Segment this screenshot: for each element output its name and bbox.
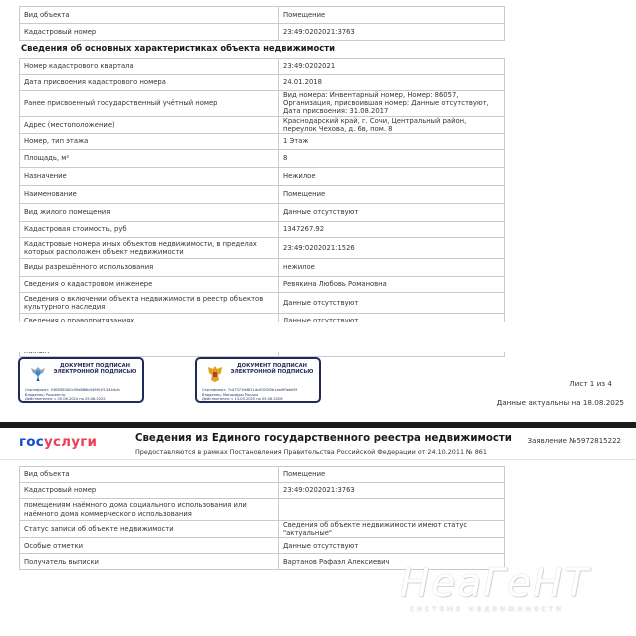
table-row: Особые отметкиДанные отсутствуют: [20, 538, 505, 554]
row-label: Наименование: [20, 186, 279, 204]
row-value: Помещение: [279, 7, 505, 24]
row-value: Сведения об объекте недвижимости имеют с…: [279, 521, 505, 538]
row-label: Получатель выписки: [20, 554, 279, 570]
row-value: Данные отсутствуют: [279, 538, 505, 554]
row-label: Номер кадастрового квартала: [20, 59, 279, 75]
table-row: помещениям наёмного дома социального исп…: [20, 499, 505, 521]
table-row: Кадастровые номера иных объектов недвижи…: [20, 238, 505, 259]
document-title: Сведения из Единого государственного рее…: [135, 433, 512, 444]
row-value: Ревякина Любовь Романовна: [279, 277, 505, 293]
table-row: Кадастровая стоимость, руб1347267.92: [20, 222, 505, 238]
signature-title: ДОКУМЕНТ ПОДПИСАН ЭЛЕКТРОННОЙ ПОДПИСЬЮ: [229, 363, 315, 375]
row-label: Вид жилого помещения: [20, 204, 279, 222]
page-separator: [0, 422, 636, 428]
characteristics-table: Номер кадастрового квартала23:49:0202021…: [19, 58, 505, 357]
row-label: Назначение: [20, 168, 279, 186]
signature-details: Сертификат: 7c47371fe8f11dc8320f0b1aa9f0…: [202, 388, 316, 402]
row-value: нежилое: [279, 259, 505, 277]
statement-number: Заявление №5972815222: [528, 437, 621, 445]
row-value: [279, 499, 505, 521]
row-value: 23:49:0202021: [279, 59, 505, 75]
row-value: 23:49:0202021:1526: [279, 238, 505, 259]
row-value: 23:49:0202021:3763: [279, 483, 505, 499]
row-label: Сведения о включении объекта недвижимост…: [20, 293, 279, 314]
table-row: Кадастровый номер23:49:0202021:3763: [20, 483, 505, 499]
table-row: Вид объектаПомещение: [20, 467, 505, 483]
section-title: Сведения об основных характеристиках объ…: [21, 43, 335, 53]
object-status-table: Вид объектаПомещение Кадастровый номер23…: [19, 466, 505, 570]
row-label: Особые отметки: [20, 538, 279, 554]
row-label: Адрес (местоположение): [20, 116, 279, 133]
row-label: Кадастровые номера иных объектов недвижи…: [20, 238, 279, 259]
row-label: Кадастровая стоимость, руб: [20, 222, 279, 238]
table-row: Номер кадастрового квартала23:49:0202021: [20, 59, 505, 75]
header-divider: [0, 459, 636, 460]
table-row: Ранее присвоенный государственный учётны…: [20, 91, 505, 117]
table-row: Сведения о кадастровом инженереРевякина …: [20, 277, 505, 293]
row-value: Данные отсутствуют: [279, 293, 505, 314]
row-label: Сведения о кадастровом инженере: [20, 277, 279, 293]
table-row: Статус записи об объекте недвижимостиСве…: [20, 521, 505, 538]
table-row: Вид жилого помещенияДанные отсутствуют: [20, 204, 505, 222]
table-row: Виды разрешённого использованиянежилое: [20, 259, 505, 277]
table-row: НаименованиеПомещение: [20, 186, 505, 204]
row-value: 1 Этаж: [279, 134, 505, 150]
row-value: Вид номера: Инвентарный номер, Номер: 86…: [279, 91, 505, 117]
row-value: Помещение: [279, 467, 505, 483]
signature-details: Сертификат: 53B0583A0c90e8B6b349f01f1344…: [25, 388, 139, 402]
table-row: Площадь, м²8: [20, 150, 505, 168]
page-cut: [0, 322, 636, 352]
row-value: Помещение: [279, 186, 505, 204]
table-row: Сведения о включении объекта недвижимост…: [20, 293, 505, 314]
table-row: Адрес (местоположение)Краснодарский край…: [20, 116, 505, 133]
data-actual-date: Данные актуальны на 18.08.2025: [497, 398, 624, 407]
row-value: 1347267.92: [279, 222, 505, 238]
gosuslugi-logo: госуслуги: [19, 434, 97, 450]
row-label: Кадастровый номер: [20, 24, 279, 41]
rosreestr-emblem-icon: [28, 364, 48, 384]
table-row: Кадастровый номер 23:49:0202021:3763: [20, 24, 505, 41]
row-label: Ранее присвоенный государственный учётны…: [20, 91, 279, 117]
row-label: Площадь, м²: [20, 150, 279, 168]
row-label: помещениям наёмного дома социального исп…: [20, 499, 279, 521]
logo-part-uslugi: услуги: [44, 434, 97, 450]
logo-part-gos: гос: [19, 434, 44, 450]
signature-title: ДОКУМЕНТ ПОДПИСАН ЭЛЕКТРОННОЙ ПОДПИСЬЮ: [52, 363, 138, 375]
row-value: Краснодарский край, г. Сочи, Центральный…: [279, 116, 505, 133]
coat-of-arms-icon: [205, 364, 225, 384]
table-row: Вид объекта Помещение: [20, 7, 505, 24]
page-number: Лист 1 из 4: [569, 379, 612, 388]
certificate-validity: Действителен: с 13.03.2025 по 05.06.2026: [202, 397, 316, 402]
watermark: НеаГеНТ система недвижимости: [400, 564, 620, 624]
row-value: 24.01.2018: [279, 75, 505, 91]
row-label: Статус записи об объекте недвижимости: [20, 521, 279, 538]
row-label: Номер, тип этажа: [20, 134, 279, 150]
row-label: Вид объекта: [20, 467, 279, 483]
signature-stamp: ДОКУМЕНТ ПОДПИСАН ЭЛЕКТРОННОЙ ПОДПИСЬЮ С…: [18, 357, 144, 403]
row-label: Вид объекта: [20, 7, 279, 24]
signature-stamp: ДОКУМЕНТ ПОДПИСАН ЭЛЕКТРОННОЙ ПОДПИСЬЮ С…: [195, 357, 321, 403]
row-value: Нежилое: [279, 168, 505, 186]
row-value: 8: [279, 150, 505, 168]
object-summary-table: Вид объекта Помещение Кадастровый номер …: [19, 6, 505, 41]
table-row: НазначениеНежилое: [20, 168, 505, 186]
table-row: Дата присвоения кадастрового номера24.01…: [20, 75, 505, 91]
row-value: 23:49:0202021:3763: [279, 24, 505, 41]
row-label: Кадастровый номер: [20, 483, 279, 499]
row-label: Дата присвоения кадастрового номера: [20, 75, 279, 91]
row-label: Виды разрешённого использования: [20, 259, 279, 277]
watermark-logo: НеаГеНТ: [400, 564, 620, 604]
certificate-validity: Действителен: с 05.06.2024 по 29.08.2025: [25, 397, 139, 402]
row-value: Данные отсутствуют: [279, 204, 505, 222]
document-subtitle: Предоставляются в рамках Постановления П…: [135, 448, 487, 456]
table-row: Номер, тип этажа1 Этаж: [20, 134, 505, 150]
